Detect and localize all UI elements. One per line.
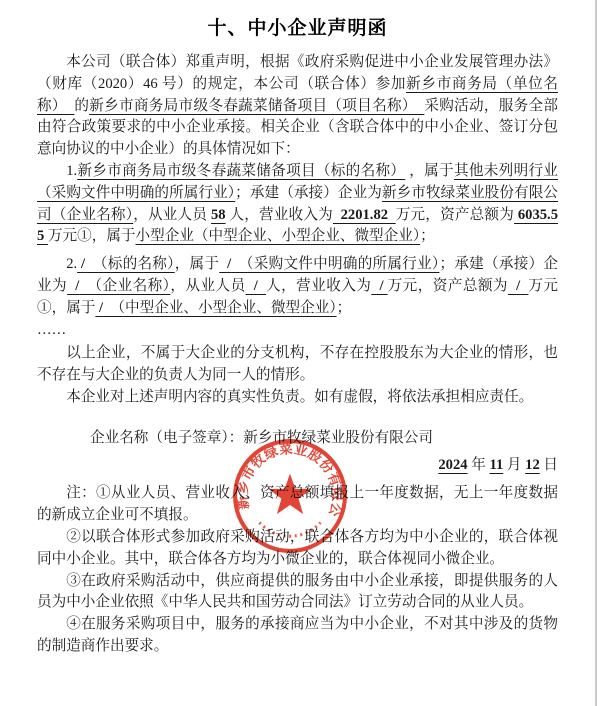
- filled-blank: [246, 278, 254, 294]
- signature-line: 企业名称（电子签章）：新乡市牧绿菜业股份有限公司: [37, 428, 558, 450]
- filled-blank: （中型企业、小型企业、微型企业）: [103, 300, 337, 316]
- filled-blank: 58: [211, 207, 226, 223]
- ellipsis-line: ……: [37, 320, 558, 342]
- text-run: 的: [74, 98, 89, 114]
- text-run: ③在政府采购活动中，供应商提供的服务由中小企业承接，即提供服务的人员为中小企业依…: [37, 573, 558, 611]
- text-run: ；: [420, 228, 435, 244]
- note-2-paragraph: ②以联合体形式参加政府采购活动，联合体各方均为中小企业的，联合体视同中小企业。其…: [37, 527, 558, 571]
- text-run: ……: [37, 322, 66, 338]
- note-1-paragraph: 注：①从业人员、营业收入、资产总额填报上一年度数据，无上一年度数据的新成立企业可…: [37, 483, 558, 527]
- text-run: 万元①，属于: [48, 228, 136, 244]
- filled-blank: 小型企业（中型企业、小型企业、微型企业）: [136, 228, 421, 244]
- text-run: 1.: [66, 163, 77, 179]
- intro-paragraph: 本公司（联合体）郑重声明，根据《政府采购促进中小企业发展管理办法》（财库（202…: [37, 52, 558, 161]
- filled-blank: 新乡市商务局市级冬春蔬菜储备项目（标的名称）: [77, 163, 405, 179]
- document-body: 本公司（联合体）郑重声明，根据《政府采购促进中小企业发展管理办法》（财库（202…: [37, 52, 558, 658]
- text-run: 万元，资产总额为: [396, 207, 514, 223]
- filled-blank: 2024: [438, 457, 467, 473]
- filled-blank: （企业名称）: [79, 278, 170, 294]
- filled-blank: （采购文件中明确的所属行业）: [231, 256, 439, 272]
- note-4-paragraph: ④在服务采购项目中，服务的承接商应当为中小企业，不对其中涉及的货物的制造商作出要…: [37, 614, 558, 658]
- filled-blank: [508, 278, 516, 294]
- item-2-paragraph: 2. / （标的名称），属于 / （采购文件中明确的所属行业）；承建（承接）企业…: [37, 254, 558, 319]
- text-run: 日: [540, 457, 558, 473]
- text-run: 本企业对上述声明内容的真实性负责。如有虚假，将依法承担相应责任。: [66, 389, 533, 405]
- text-run: ④在服务采购项目中，服务的承接商应当为中小企业，不对其中涉及的货物的制造商作出要…: [37, 616, 558, 654]
- text-run: 人，营业收入为: [226, 207, 333, 223]
- text-run: 年: [468, 457, 490, 473]
- text-run: ，从业人员: [133, 207, 211, 223]
- responsibility-paragraph: 本企业对上述声明内容的真实性负责。如有虚假，将依法承担相应责任。: [37, 387, 558, 409]
- filled-blank: 2201.82: [333, 207, 396, 223]
- text-run: ②以联合体形式参加政府采购活动，联合体各方均为中小企业的，联合体视同中小企业。其…: [37, 529, 558, 567]
- filled-blank: [219, 256, 227, 272]
- text-run: 月: [503, 457, 525, 473]
- document-page: 十、中小企业声明函 本公司（联合体）郑重声明，根据《政府采购促进中小企业发展管理…: [0, 0, 597, 706]
- filled-blank: [258, 278, 266, 294]
- filled-blank: （标的名称）: [85, 256, 175, 272]
- text-run: ，从业人员: [170, 278, 245, 294]
- text-run: 注：①从业人员、营业收入、资产总额填报上一年度数据，无上一年度数据的新成立企业可…: [37, 485, 558, 523]
- date-line: 2024 年 11 月 12 日: [37, 455, 558, 477]
- text-run: 2.: [66, 256, 77, 272]
- text-run: ；: [337, 300, 352, 316]
- text-run: 以上企业，不属于大企业的分支机构，不存在控股股东为大企业的情形，也不存在与大企业…: [37, 345, 558, 383]
- text-run: 万元，资产总额为: [388, 278, 508, 294]
- text-run: ；承建（承接）企业为: [235, 185, 382, 201]
- text-run: 人，营业收入为: [266, 278, 371, 294]
- text-run: ，属于: [405, 163, 454, 179]
- item-1-paragraph: 1.新乡市商务局市级冬春蔬菜储备项目（标的名称） ，属于其他未列明行业（采购文件…: [37, 161, 558, 248]
- text-run: ，属于: [175, 256, 220, 272]
- note-3-paragraph: ③在政府采购活动中，供应商提供的服务由中小企业承接，即提供服务的人员为中小企业依…: [37, 571, 558, 615]
- text-run: 企业名称（电子签章）：新乡市牧绿菜业股份有限公司: [90, 430, 433, 446]
- filled-blank: 12: [525, 457, 540, 473]
- filled-blank: 新乡市商务局市级冬春蔬菜储备项目（项目名称）: [89, 98, 424, 114]
- no-large-enterprise-paragraph: 以上企业，不属于大企业的分支机构，不存在控股股东为大企业的情形，也不存在与大企业…: [37, 343, 558, 387]
- filled-blank: 11: [489, 457, 503, 473]
- page-title: 十、中小企业声明函: [37, 16, 558, 42]
